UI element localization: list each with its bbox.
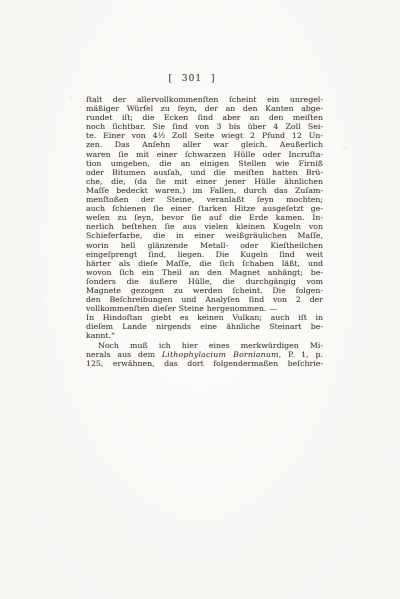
paper-speckle [300, 430, 304, 433]
text-line: ſtalt der allervollkommenſten ſcheint ei… [86, 95, 323, 104]
text-line: Noch muß ich hier eines merkwürdigen Mi- [86, 341, 323, 350]
text-block: ſtalt der allervollkommenſten ſcheint ei… [86, 95, 323, 368]
text-line: nerlich beſtehen ſie aus vielen kleinen … [86, 222, 323, 231]
paper-speckle [70, 210, 72, 212]
text-line: waren ſie mit einer ſchwarzen Hülle oder… [86, 150, 323, 159]
text-line: tion umgeben, die an einigen Stellen wie… [86, 159, 323, 168]
text-line: ſonders die äußere Hülle, die durchgängi… [86, 277, 323, 286]
text-line: kannt.“ [86, 331, 323, 340]
text-line: che, die, (da ſie mit einer jener Hülle … [86, 177, 323, 186]
text-line: Magnete gezogen zu werden ſcheint. Die f… [86, 286, 323, 295]
text-line: noch ſichtbar. Sie ſind von 3 bis über 4… [86, 122, 323, 131]
paper-speckle [120, 520, 123, 522]
paper-speckle [353, 151, 357, 153]
text-line: oder Bitumen ausſah, und die meiſten hat… [86, 168, 323, 177]
text-line: vollkommenſten dieſer Steine hergenommen… [86, 304, 323, 313]
text-line: Maſſe bedeckt waren,) im Fallen, durch d… [86, 186, 323, 195]
text-line: eingeſprengt ſind, liegen. Die Kugeln ſi… [86, 250, 323, 259]
text-line: wovon ſich ein Theil an den Magnet anhän… [86, 268, 323, 277]
text-line: Schieferfarbe, die in einer weißgräulich… [86, 231, 323, 240]
text-line: dieſem Lande nirgends eine ähnliche Stei… [86, 322, 323, 331]
text-line: auch ſchienen ſie einer ſtarken Hitze au… [86, 204, 323, 213]
scanned-book-page: [ 301 ] ſtalt der allervollkommenſten ſc… [0, 0, 400, 599]
text-line: nerals aus dem Lithophylacium Bornianum,… [86, 350, 323, 359]
text-line: In Hindoſtan giebt es keinen Vulkan; auc… [86, 313, 323, 322]
text-line: mäßiger Würfel zu ſeyn, der an den Kante… [86, 104, 323, 113]
text-line: worin hell glänzende Metall- oder Kieſth… [86, 241, 323, 250]
paper-speckle [330, 78, 333, 80]
text-line: rundet iſt; die Ecken ſind aber an den m… [86, 113, 323, 122]
text-line: menſtoßen der Steine, veranlaßt ſeyn moc… [86, 195, 323, 204]
text-line: zen. Das Anſehn aller war gleich. Aeußer… [86, 140, 323, 149]
text-line: weſen zu ſeyn, bevor ſie auf die Erde ka… [86, 213, 323, 222]
text-line: te. Einer von 4½ Zoll Seite wiegt 2 Pfun… [86, 131, 323, 140]
paper-speckle [70, 97, 73, 99]
text-line: den Beſchreibungen und Analyſen ſind von… [86, 295, 323, 304]
paper-speckle [342, 145, 348, 149]
text-line: härter als dieſe Maſſe, die ſich ſchaben… [86, 259, 323, 268]
paper-speckle [40, 300, 43, 303]
text-line: 125, erwähnen, das dort folgendermaßen b… [86, 359, 323, 368]
page-number: [ 301 ] [73, 74, 311, 85]
